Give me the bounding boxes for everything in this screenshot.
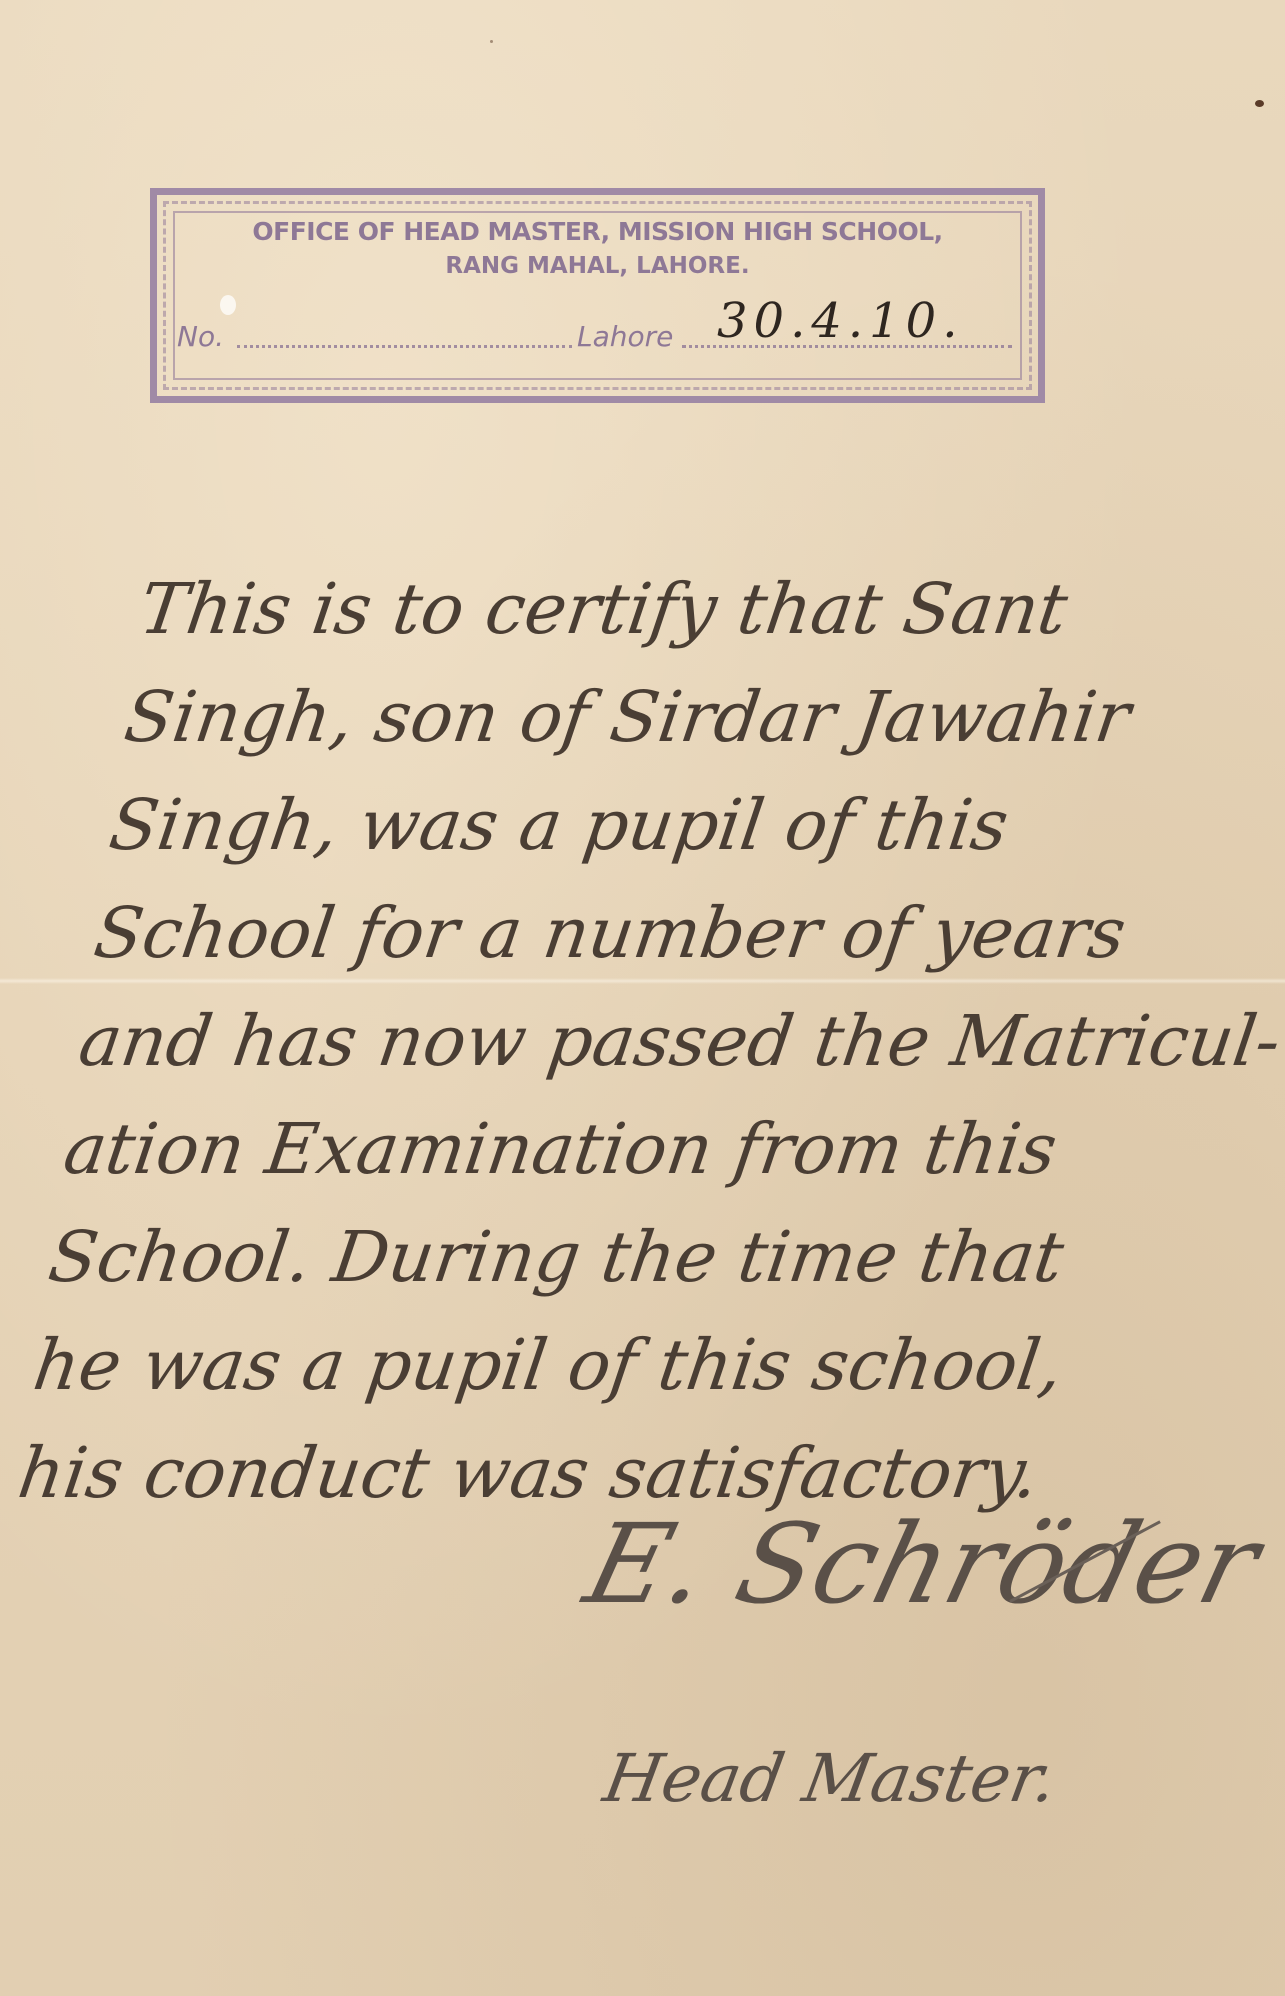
body-line: Singh, was a pupil of this	[103, 771, 1285, 879]
stamp-address-line: RANG MAHAL, LAHORE.	[157, 253, 1038, 279]
letter-paper: OFFICE OF HEAD MASTER, MISSION HIGH SCHO…	[0, 0, 1285, 1996]
signatory-title: Head Master.	[598, 1740, 1062, 1817]
body-line: and has now passed the Matricul-	[72, 987, 1267, 1095]
body-line: ation Examination from this	[57, 1095, 1252, 1203]
stamp-place-label: Lahore	[577, 320, 673, 353]
body-line: This is to certify that Sant	[133, 555, 1285, 663]
body-line: School. During the time that	[42, 1203, 1237, 1311]
stamp-number-label: No.	[177, 320, 224, 353]
paper-hole	[220, 295, 236, 315]
school-office-stamp: OFFICE OF HEAD MASTER, MISSION HIGH SCHO…	[150, 188, 1045, 403]
signature: E. Schröder	[574, 1500, 1271, 1628]
ink-speck	[490, 40, 493, 43]
body-line: Singh, son of Sirdar Jawahir	[118, 663, 1285, 771]
body-line: he was a pupil of this school,	[27, 1311, 1222, 1419]
stamp-office-line: OFFICE OF HEAD MASTER, MISSION HIGH SCHO…	[157, 217, 1038, 246]
stamp-number-dotted-line	[237, 345, 572, 348]
ink-speck	[1255, 100, 1264, 107]
certificate-body: This is to certify that Sant Singh, son …	[12, 555, 1285, 1527]
handwritten-date: 30.4.10.	[717, 293, 963, 349]
body-line: School for a number of years	[88, 879, 1283, 987]
